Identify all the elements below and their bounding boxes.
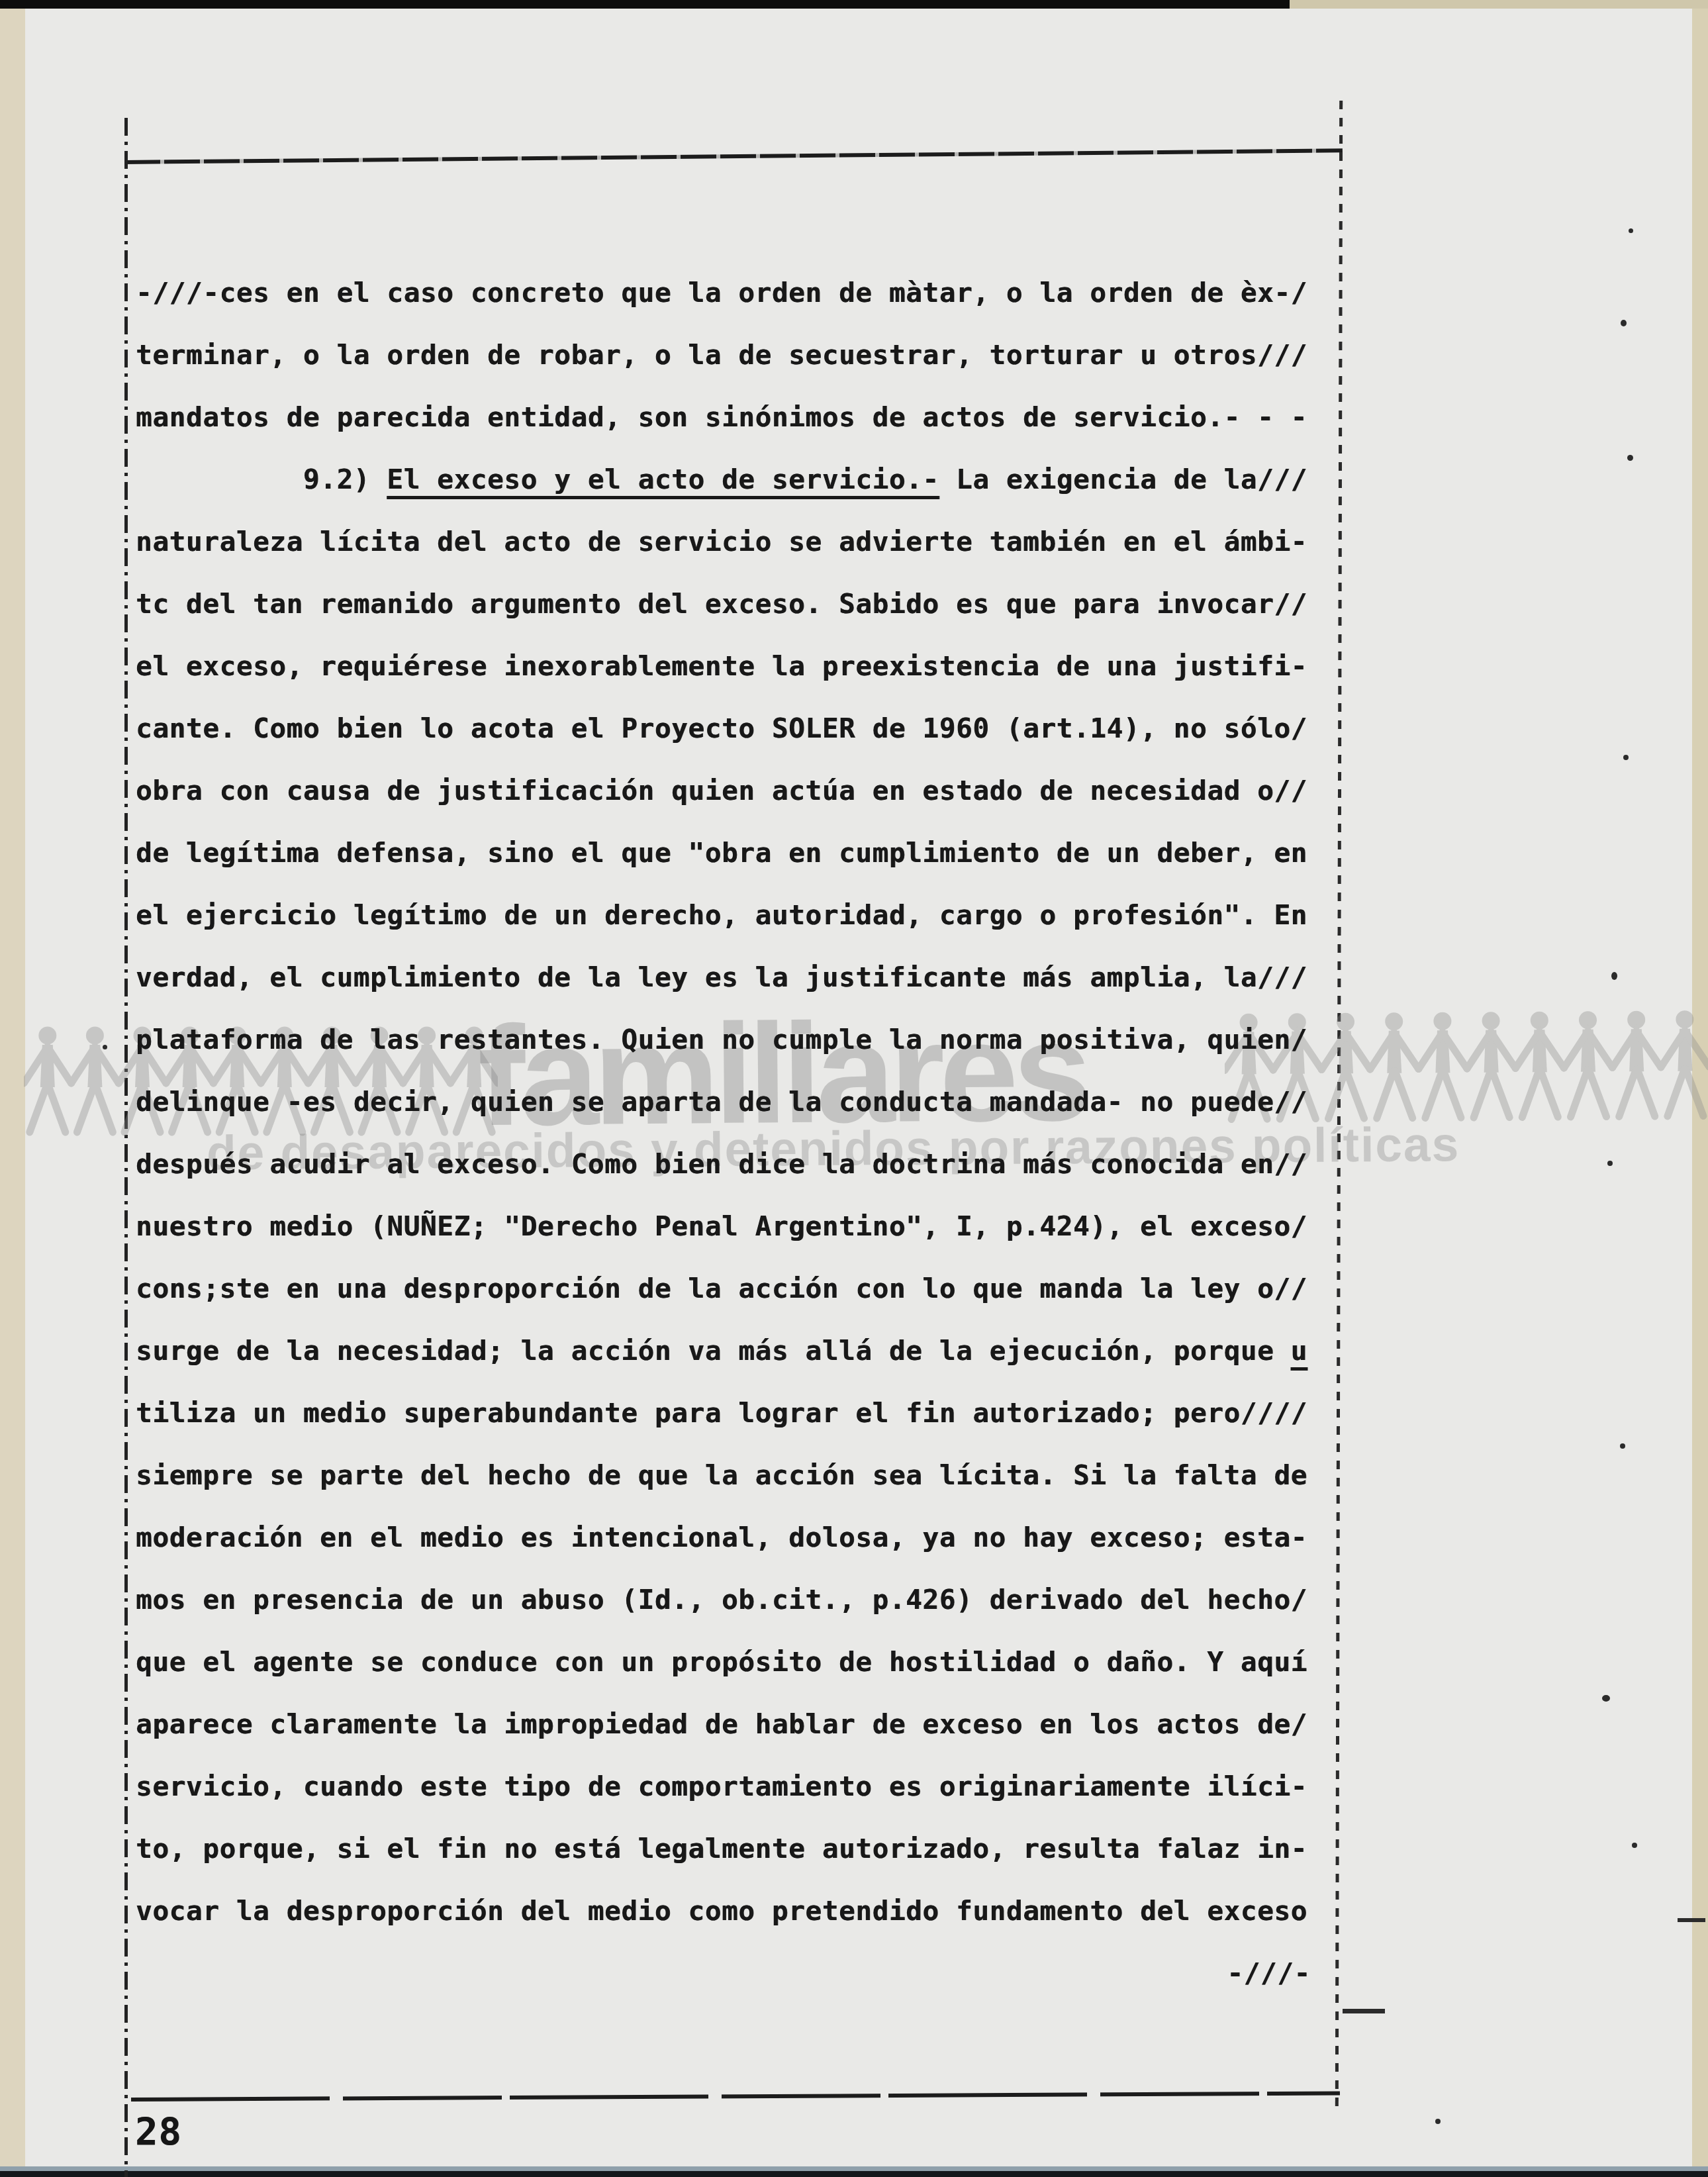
scanned-document-page: familiares de desaparecidos y detenidos … [0, 0, 1708, 2177]
text-line: vocar la desproporción del medio como pr… [136, 1880, 1327, 1942]
scan-edge-bottom [0, 2166, 1708, 2171]
text-line: naturaleza lícita del acto de servicio s… [136, 510, 1327, 573]
page-border-right [1335, 101, 1343, 2107]
scan-speck [1607, 1161, 1613, 1166]
scan-speck [1343, 2009, 1385, 2013]
text-line: surge de la necesidad; la acción va más … [136, 1320, 1327, 1382]
text-line: que el agente se conduce con un propósit… [136, 1631, 1327, 1693]
scan-speck [1621, 320, 1627, 326]
scan-speck [103, 1045, 107, 1049]
scan-edge-left [0, 9, 25, 2177]
text-line: cante. Como bien lo acota el Proyecto SO… [136, 697, 1327, 759]
text-line: moderación en el medio es intencional, d… [136, 1506, 1327, 1569]
text-line: de legítima defensa, sino el que "obra e… [136, 822, 1327, 884]
text-line: 9.2) El exceso y el acto de servicio.- L… [136, 448, 1327, 510]
scan-edge-bottom-black [0, 2171, 1708, 2177]
text-line: cons;ste en una desproporción de la acci… [136, 1257, 1327, 1320]
text-line: mos en presencia de un abuso (Id., ob.ci… [136, 1569, 1327, 1631]
text-line: aparece claramente la impropiedad de hab… [136, 1693, 1327, 1755]
scan-speck [1602, 1695, 1610, 1702]
page-number: 28 [135, 2111, 182, 2154]
scan-speck [1627, 455, 1633, 461]
page-border-left [124, 118, 128, 2177]
scan-speck [1620, 1443, 1625, 1449]
text-line: servicio, cuando este tipo de comportami… [136, 1755, 1327, 1817]
text-line: verdad, el cumplimiento de la ley es la … [136, 946, 1327, 1008]
scan-speck [959, 664, 963, 669]
scan-speck [1632, 1843, 1637, 1848]
scan-speck [1611, 972, 1617, 980]
scan-speck [1435, 2119, 1441, 2124]
scan-edge-right [1692, 9, 1708, 2177]
scan-speck [1678, 1918, 1705, 1922]
scan-edge-top-right [1290, 0, 1708, 9]
text-line: delinque -es decir, quien se aparta de l… [136, 1071, 1327, 1133]
text-line: el exceso, requiérese inexorablemente la… [136, 635, 1327, 697]
scan-edge-top [0, 0, 1290, 9]
page-border-bottom [131, 2091, 1340, 2102]
scan-speck [1629, 228, 1633, 233]
text-line: obra con causa de justificación quien ac… [136, 759, 1327, 822]
text-line: mandatos de parecida entidad, son sinóni… [136, 386, 1327, 448]
text-line: después acudir al exceso. Como bien dice… [136, 1133, 1327, 1195]
text-line: terminar, o la orden de robar, o la de s… [136, 324, 1327, 386]
text-line: to, porque, si el fin no está legalmente… [136, 1817, 1327, 1880]
text-line: tiliza un medio superabundante para logr… [136, 1382, 1327, 1444]
text-line: nuestro medio (NUÑEZ; "Derecho Penal Arg… [136, 1195, 1327, 1257]
scan-speck [1623, 755, 1629, 760]
text-line: el ejercicio legítimo de un derecho, aut… [136, 884, 1327, 946]
text-line: -///-ces en el caso concreto que la orde… [136, 262, 1327, 324]
text-line: siempre se parte del hecho de que la acc… [136, 1444, 1327, 1506]
page-border-top [124, 148, 1343, 164]
text-line: plataforma de las restantes. Quien no cu… [136, 1008, 1327, 1071]
text-line: -///- [136, 1942, 1327, 2004]
text-line: tc del tan remanido argumento del exceso… [136, 573, 1327, 635]
typewritten-text: -///-ces en el caso concreto que la orde… [136, 262, 1327, 2004]
